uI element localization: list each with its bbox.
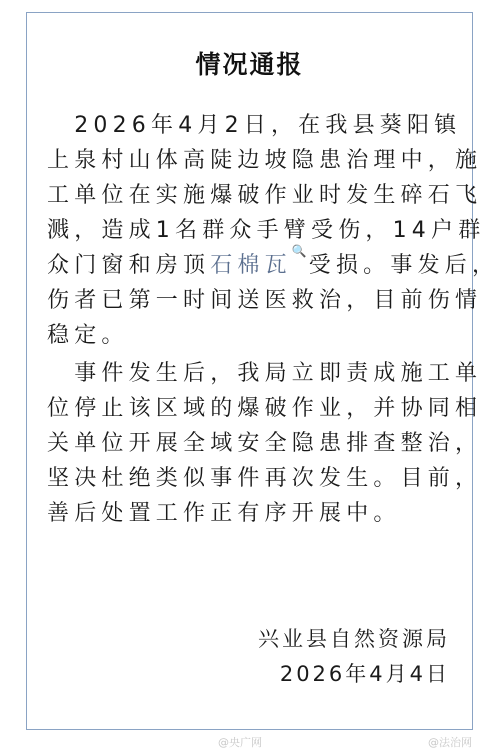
issuer-name: 兴业县自然资源局 [258, 623, 450, 653]
paragraph-1-line-6: 伤者已第一时间送医救治，目前伤情 [47, 283, 482, 314]
paragraph-2-line-5: 善后处置工作正有序开展中。 [47, 496, 401, 527]
notice-frame: 情况通报 2026年4月2日，在我县葵阳镇 上泉村山体高陡边坡隐患治理中，施 工… [26, 12, 473, 730]
line-text-before: 众门窗和房顶 [47, 253, 210, 278]
paragraph-1-line-2: 上泉村山体高陡边坡隐患治理中，施 [47, 143, 482, 174]
paragraph-2-line-3: 关单位开展全域安全隐患排查整治， [47, 426, 482, 457]
watermark-left: @央广网 [218, 734, 262, 750]
search-icon[interactable]: 🔍 [292, 244, 307, 258]
paragraph-1-line-4: 溅，造成1名群众手臂受伤，14户群 [47, 213, 485, 244]
issue-date: 2026年4月4日 [280, 658, 450, 688]
paragraph-1-line-5: 众门窗和房顶石棉瓦🔍受损。事发后， [47, 248, 499, 279]
paragraph-1-line-7: 稳定。 [47, 318, 129, 349]
watermark-right: @法治网 [428, 734, 472, 750]
paragraph-2-line-1: 事件发生后，我局立即责成施工单 [47, 356, 482, 387]
paragraph-1-line-1: 2026年4月2日，在我县葵阳镇 [47, 108, 461, 139]
paragraph-2-line-4: 坚决杜绝类似事件再次发生。目前， [47, 461, 482, 492]
asbestos-tile-search-link[interactable]: 石棉瓦 [210, 253, 292, 278]
paragraph-1-line-3: 工单位在实施爆破作业时发生碎石飞 [47, 178, 482, 209]
line-text-after: 受损。事发后， [309, 253, 499, 278]
notice-title: 情况通报 [27, 45, 472, 81]
paragraph-2-line-2: 位停止该区域的爆破作业，并协同相 [47, 391, 482, 422]
